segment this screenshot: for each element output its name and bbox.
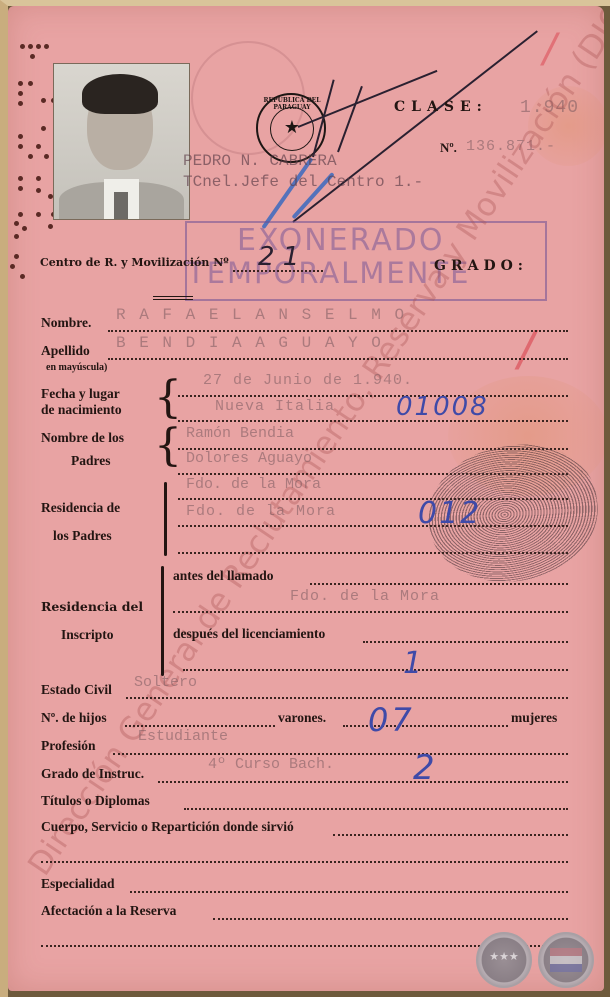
archive-seal-stars-icon: ★★★ [476,932,532,988]
brace-line [164,482,167,556]
padre-value: Ramón Bendia [186,425,294,442]
despues-code: 1 [403,646,422,681]
fecha-value: 27 de Junio de 1.940. [203,372,413,389]
afectacion-label: Afectación a la Reserva [41,903,176,919]
dotted-line [126,695,568,699]
fecha-label: Fecha y lugar [41,386,120,402]
dotted-line [158,779,568,783]
dotted-line [108,356,568,360]
hijos-code: 07 [368,701,415,739]
res-padres-value-1: Fdo. de la Mora [186,476,321,493]
dotted-line [363,639,568,643]
nombre-value: R A F A E L A N S E L M O [116,306,406,324]
despues-label: después del licenciamiento [173,626,325,642]
officer-title: TCnel.Jefe del Centro 1.- [183,173,423,191]
res-inscripto-label-2: Inscripto [61,627,114,643]
dotted-line [108,328,568,332]
brace-line [161,566,164,676]
res-padres-value-2: Fdo. de la Mora [186,503,336,520]
nombre-label: Nombre. [41,315,91,331]
dotted-line [213,916,568,920]
dotted-line [130,889,568,893]
dotted-line [125,723,275,727]
apellido-note: en mayúscula) [46,362,107,373]
antes-label: antes del llamado [173,568,274,584]
titulos-label: Títulos o Diplomas [41,793,150,809]
apellido-value: B E N D I A A G U A Y O [116,334,383,352]
red-mark: / [543,26,556,72]
officer-name: PEDRO N. CABRERA [183,152,337,170]
lugar-code: 01008 [396,392,489,422]
grado-label: GRADO: [434,258,528,274]
clase-label: CLASE: [394,99,488,115]
profesion-value: Estudiante [138,728,228,745]
instruccion-code: 2 [413,748,435,788]
varones-label: varones. [278,710,326,726]
dotted-line [178,523,568,527]
mujeres-label: mujeres [511,710,557,726]
dotted-line [310,581,568,585]
especialidad-label: Especialidad [41,876,115,892]
instruccion-value: 4º Curso Bach. [208,756,334,773]
dotted-line [184,806,568,810]
dotted-line [183,667,568,671]
archive-seal-flag-icon [538,932,594,988]
res-inscripto-label: Residencia del [41,599,143,614]
res-padres-label: Residencia de [41,500,120,516]
dotted-line [178,393,568,397]
antes-value: Fdo. de la Mora [290,588,440,605]
estado-civil-value: Soltero [134,674,197,691]
apellido-label: Apellido [41,343,90,359]
centro-handwritten: 2 1 [258,242,299,272]
numero-label: Nº. [440,140,457,156]
dotted-line [41,859,568,863]
res-padres-label-2: los Padres [53,528,112,544]
lugar-value: Nueva Italia [215,398,335,415]
registration-card: REPUBLICA DEL PARAGUAY ★ CLASE: 1.940 Nº… [8,6,604,991]
res-padres-code: 012 [418,496,481,531]
cuerpo-label: Cuerpo, Servicio o Repartición donde sir… [41,819,294,835]
dotted-line [113,751,568,755]
dotted-line [178,418,568,422]
lugar-label: de nacimiento [41,402,122,418]
dotted-line [173,609,568,613]
hijos-label: Nº. de hijos [41,710,107,726]
profesion-label: Profesión [41,738,96,754]
brace: { [154,376,182,420]
instruccion-label: Grado de Instruc. [41,766,144,782]
dotted-line [178,550,568,554]
dotted-line [333,832,568,836]
padres-label-2: Padres [71,453,111,469]
padres-label: Nombre de los [41,430,124,446]
madre-value: Dolores Aguayo [186,450,312,467]
estado-civil-label: Estado Civil [41,682,112,698]
double-underline [153,296,193,300]
pen-stroke [337,86,363,152]
inscripto-photo [53,63,190,220]
dotted-line [178,496,568,500]
centro-label: Centro de R. y Movilización Nº [40,256,229,269]
